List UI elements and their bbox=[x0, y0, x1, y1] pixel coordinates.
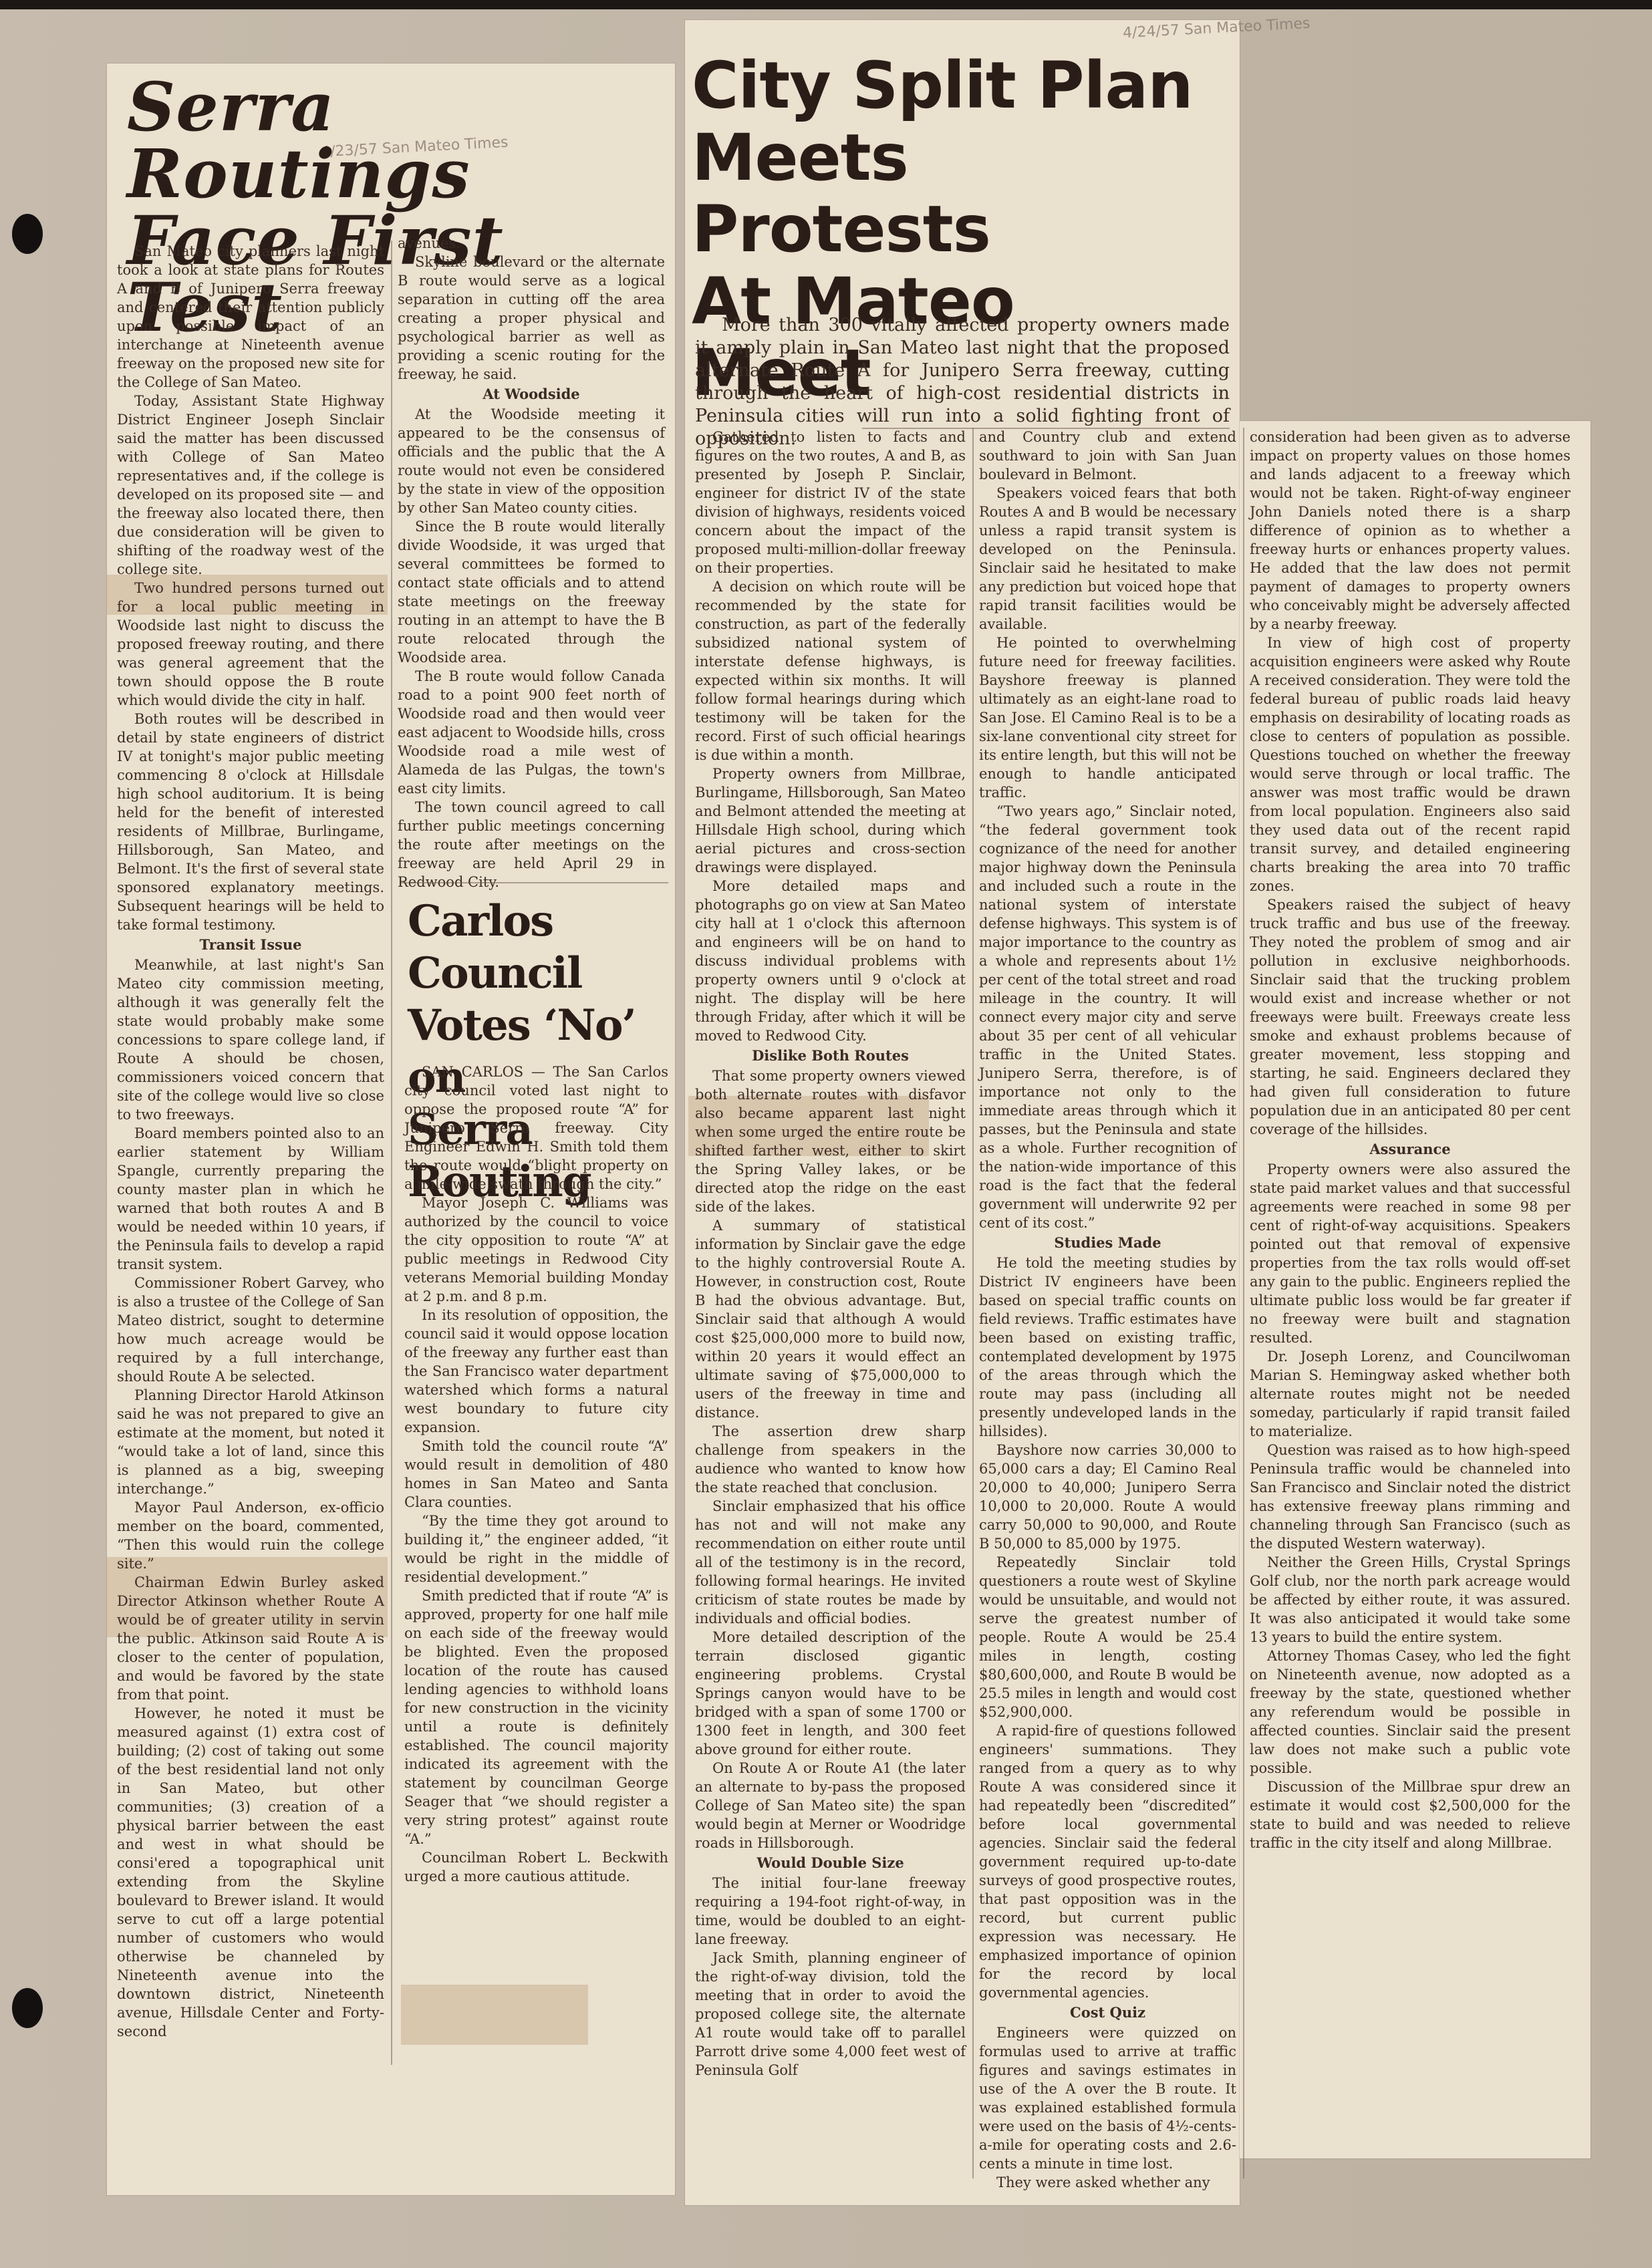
headline-line: City Split Plan bbox=[692, 48, 1193, 123]
paragraph: Meanwhile, at last night's San Mateo cit… bbox=[117, 956, 384, 1124]
paragraph: Commissioner Robert Garvey, who is also … bbox=[117, 1274, 384, 1386]
subhead: Dislike Both Routes bbox=[695, 1046, 966, 1065]
paragraph: Bayshore now carries 30,000 to 65,000 ca… bbox=[979, 1441, 1236, 1553]
paragraph: He pointed to overwhelming future need f… bbox=[979, 633, 1236, 802]
paragraph: Discussion of the Millbrae spur drew an … bbox=[1250, 1778, 1570, 1852]
paragraph: Board members pointed also to an earlier… bbox=[117, 1124, 384, 1274]
paragraph: A rapid-fire of questions followed engin… bbox=[979, 1721, 1236, 2002]
tape-strip bbox=[401, 1985, 588, 2045]
paragraph: Gathered to listen to facts and figures … bbox=[695, 428, 966, 577]
serra-column-2: avenues. Skyline boulevard or the altern… bbox=[398, 234, 665, 891]
paragraph: He told the meeting studies by District … bbox=[979, 1254, 1236, 1441]
paragraph: Property owners from Millbrae, Burlingam… bbox=[695, 764, 966, 877]
paragraph: Sinclair emphasized that his office has … bbox=[695, 1497, 966, 1628]
paragraph: The B route would follow Canada road to … bbox=[398, 667, 665, 798]
headline-line: Carlos Council bbox=[408, 896, 581, 998]
paragraph: More detailed maps and photographs go on… bbox=[695, 877, 966, 1045]
paragraph: Two hundred persons turned out for a loc… bbox=[117, 579, 384, 710]
article-divider bbox=[401, 882, 668, 883]
paragraph: Property owners were also assured the st… bbox=[1250, 1160, 1570, 1347]
paragraph: However, he noted it must be measured ag… bbox=[117, 1704, 384, 2041]
paragraph: Since the B route would literally divide… bbox=[398, 517, 665, 667]
carlos-body: SAN CARLOS — The San Carlos city council… bbox=[404, 1062, 668, 1886]
paragraph: and Country club and extend southward to… bbox=[979, 428, 1236, 484]
paragraph: Smith told the council route “A” would r… bbox=[404, 1437, 668, 1512]
paragraph: Dr. Joseph Lorenz, and Councilwoman Mari… bbox=[1250, 1347, 1570, 1441]
paragraph: At the Woodside meeting it appeared to b… bbox=[398, 405, 665, 517]
paragraph: The town council agreed to call further … bbox=[398, 798, 665, 891]
headline-line: Meets Protests bbox=[692, 120, 990, 267]
paragraph: Speakers raised the subject of heavy tru… bbox=[1250, 895, 1570, 1139]
scan-top-edge bbox=[0, 0, 1652, 9]
binder-hole bbox=[12, 1988, 43, 2028]
paragraph: Engineers were quizzed on formulas used … bbox=[979, 2023, 1236, 2173]
paragraph: A decision on which route will be recomm… bbox=[695, 577, 966, 764]
paragraph: Smith predicted that if route “A” is app… bbox=[404, 1586, 668, 1848]
paragraph: consideration had been given as to adver… bbox=[1250, 428, 1570, 633]
paragraph: Question was raised as to how high-speed… bbox=[1250, 1441, 1570, 1553]
paragraph: The initial four-lane freeway requiring … bbox=[695, 1874, 966, 1949]
paragraph: Today, Assistant State Highway District … bbox=[117, 392, 384, 579]
paragraph: Councilman Robert L. Beckwith urged a mo… bbox=[404, 1848, 668, 1886]
subhead: Assurance bbox=[1250, 1140, 1570, 1159]
paragraph: “By the time they got around to building… bbox=[404, 1512, 668, 1586]
paragraph: More detailed description of the terrain… bbox=[695, 1628, 966, 1759]
subhead: Transit Issue bbox=[117, 936, 384, 954]
paragraph: Skyline boulevard or the alternate B rou… bbox=[398, 253, 665, 384]
paragraph: Repeatedly Sinclair told questioners a r… bbox=[979, 1553, 1236, 1721]
subhead: Would Double Size bbox=[695, 1854, 966, 1872]
paragraph: Attorney Thomas Casey, who led the fight… bbox=[1250, 1647, 1570, 1778]
paragraph: A summary of statistical information by … bbox=[695, 1216, 966, 1422]
paragraph: In view of high cost of property acquisi… bbox=[1250, 633, 1570, 895]
paragraph: In its resolution of opposition, the cou… bbox=[404, 1306, 668, 1437]
city-column-3: consideration had been given as to adver… bbox=[1250, 428, 1570, 1852]
column-rule bbox=[391, 241, 392, 2065]
paragraph: They were asked whether any bbox=[979, 2173, 1236, 2192]
paragraph: On Route A or Route A1 (the later an alt… bbox=[695, 1759, 966, 1852]
serra-column-1: San Mateo city planners last night took … bbox=[117, 242, 384, 2041]
city-column-1: Gathered to listen to facts and figures … bbox=[695, 428, 966, 2080]
headline-line: Serra Routings bbox=[127, 67, 470, 213]
paragraph: The assertion drew sharp challenge from … bbox=[695, 1422, 966, 1497]
paragraph: Mayor Paul Anderson, ex-officio member o… bbox=[117, 1498, 384, 1573]
column-rule bbox=[972, 428, 974, 2178]
paragraph: That some property owners viewed both al… bbox=[695, 1067, 966, 1216]
paragraph: Mayor Joseph C. Williams was authorized … bbox=[404, 1193, 668, 1306]
column-rule bbox=[1243, 428, 1244, 2178]
subhead: Studies Made bbox=[979, 1234, 1236, 1252]
paragraph: Speakers voiced fears that both Routes A… bbox=[979, 484, 1236, 633]
subhead: Cost Quiz bbox=[979, 2003, 1236, 2022]
city-column-2: and Country club and extend southward to… bbox=[979, 428, 1236, 2192]
subhead: At Woodside bbox=[398, 385, 665, 404]
paragraph: Jack Smith, planning engineer of the rig… bbox=[695, 1949, 966, 2080]
paragraph: SAN CARLOS — The San Carlos city council… bbox=[404, 1062, 668, 1193]
paragraph: Planning Director Harold Atkinson said h… bbox=[117, 1386, 384, 1498]
paragraph: “Two years ago,” Sinclair noted, “the fe… bbox=[979, 802, 1236, 1232]
paragraph: Chairman Edwin Burley asked Director Atk… bbox=[117, 1573, 384, 1704]
paragraph: Neither the Green Hills, Crystal Springs… bbox=[1250, 1553, 1570, 1647]
paragraph: avenues. bbox=[398, 234, 665, 253]
paragraph: San Mateo city planners last night took … bbox=[117, 242, 384, 392]
paragraph: Both routes will be described in detail … bbox=[117, 710, 384, 934]
binder-hole bbox=[12, 214, 43, 254]
